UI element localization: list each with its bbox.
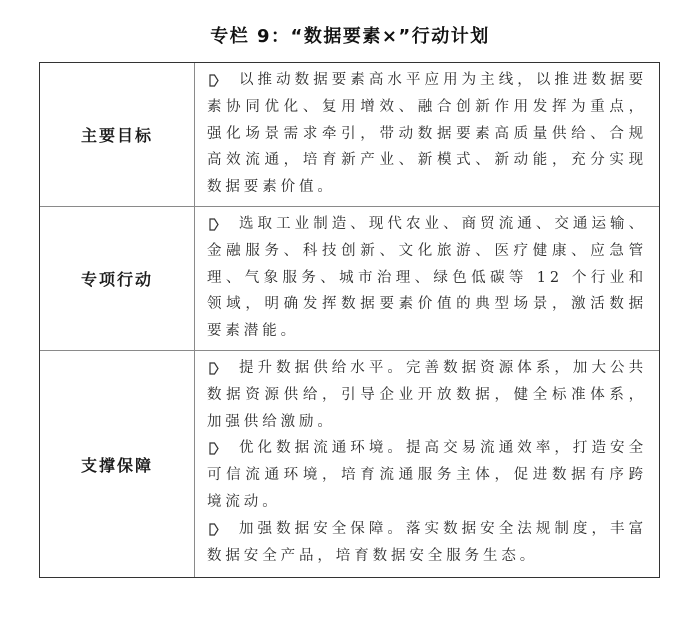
table-row-special-actions: 专项行动 选取工业制造、现代农业、商贸流通、交通运输、金融服务、科技创新、文化旅… [40, 206, 659, 350]
content-cell: 提升数据供给水平。完善数据资源体系，加大公共数据资源供给，引导企业开放数据，健全… [195, 351, 659, 577]
list-item-text: 优化数据流通环境。提高交易流通效率，打造安全可信流通环境，培育流通服务主体，促进… [207, 435, 647, 515]
row-label: 主要目标 [81, 123, 153, 146]
list-item: 选取工业制造、现代农业、商贸流通、交通运输、金融服务、科技创新、文化旅游、医疗健… [207, 211, 647, 345]
content-cell: 选取工业制造、现代农业、商贸流通、交通运输、金融服务、科技创新、文化旅游、医疗健… [195, 207, 659, 350]
list-item: 优化数据流通环境。提高交易流通效率，打造安全可信流通环境，培育流通服务主体，促进… [207, 435, 647, 515]
page-title: 专栏 9：“数据要素×”行动计划 [0, 22, 700, 48]
label-cell: 支撑保障 [40, 351, 195, 577]
list-item-text: 以推动数据要素高水平应用为主线，以推进数据要素协同优化、复用增效、融合创新作用发… [207, 67, 647, 201]
content-cell: 以推动数据要素高水平应用为主线，以推进数据要素协同优化、复用增效、融合创新作用发… [195, 63, 659, 206]
table-row-support-guarantee: 支撑保障 提升数据供给水平。完善数据资源体系，加大公共数据资源供给，引导企业开放… [40, 350, 659, 577]
label-cell: 主要目标 [40, 63, 195, 206]
row-label: 支撑保障 [81, 453, 153, 476]
label-cell: 专项行动 [40, 207, 195, 350]
row-label: 专项行动 [81, 267, 153, 290]
list-item: 提升数据供给水平。完善数据资源体系，加大公共数据资源供给，引导企业开放数据，健全… [207, 355, 647, 435]
list-item: 以推动数据要素高水平应用为主线，以推进数据要素协同优化、复用增效、融合创新作用发… [207, 67, 647, 201]
list-item: 加强数据安全保障。落实数据安全法规制度，丰富数据安全产品，培育数据安全服务生态。 [207, 516, 647, 570]
list-item-text: 选取工业制造、现代农业、商贸流通、交通运输、金融服务、科技创新、文化旅游、医疗健… [207, 211, 647, 345]
list-item-text: 加强数据安全保障。落实数据安全法规制度，丰富数据安全产品，培育数据安全服务生态。 [207, 516, 647, 570]
table-row-main-goals: 主要目标 以推动数据要素高水平应用为主线，以推进数据要素协同优化、复用增效、融合… [40, 63, 659, 206]
list-item-text: 提升数据供给水平。完善数据资源体系，加大公共数据资源供给，引导企业开放数据，健全… [207, 355, 647, 435]
action-plan-table: 主要目标 以推动数据要素高水平应用为主线，以推进数据要素协同优化、复用增效、融合… [39, 62, 660, 578]
